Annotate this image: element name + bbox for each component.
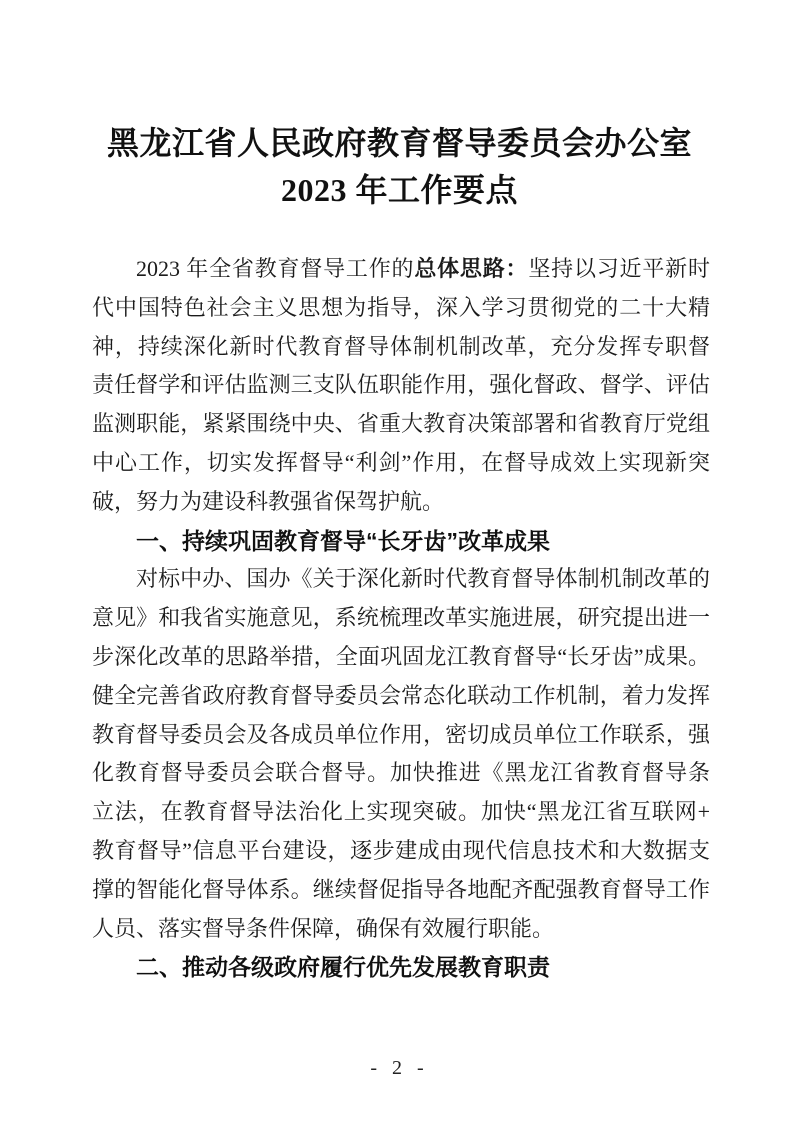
- paragraph-1-line: 责任督学和评估监测三支队伍职能作用，强化督政、督学、评估: [92, 366, 710, 405]
- document-title: 黑龙江省人民政府教育督导委员会办公室 2023 年工作要点: [60, 120, 739, 214]
- paragraph-1-line: 监测职能，紧紧围绕中央、省重大教育决策部署和省教育厅党组: [92, 405, 710, 444]
- paragraph-2-line: 健全完善省政府教育督导委员会常态化联动工作机制，着力发挥: [92, 677, 710, 716]
- paragraph-2-line: 立法，在教育督导法治化上实现突破。加快“黑龙江省互联网+: [92, 793, 710, 832]
- paragraph-1-line: 神，持续深化新时代教育督导体制机制改革，充分发挥专职督学、: [92, 328, 710, 367]
- section-heading-1: 一、持续巩固教育督导“长牙齿”改革成果: [92, 522, 710, 561]
- paragraph-1-line: 破，努力为建设科教强省保驾护航。: [92, 483, 710, 522]
- paragraph-text: 坚持以习近平新时: [528, 256, 710, 281]
- paragraph-2-line: 意见》和我省实施意见，系统梳理改革实施进展，研究提出进一: [92, 599, 710, 638]
- paragraph-2-line: 步深化改革的思路举措，全面巩固龙江教育督导“长牙齿”成果。: [92, 638, 710, 677]
- paragraph-2-line: 对标中办、国办《关于深化新时代教育督导体制机制改革的: [92, 560, 710, 599]
- paragraph-2-line: 撑的智能化督导体系。继续督促指导各地配齐配强教育督导工作: [92, 871, 710, 910]
- paragraph-2-line: 教育督导委员会及各成员单位作用，密切成员单位工作联系，强: [92, 716, 710, 755]
- title-line-1: 黑龙江省人民政府教育督导委员会办公室: [60, 120, 739, 167]
- bold-run-overall-approach: 总体思路：: [414, 256, 528, 281]
- page-number-footer: - 2 -: [0, 1057, 799, 1080]
- paragraph-2-line: 教育督导”信息平台建设，逐步建成由现代信息技术和大数据支: [92, 832, 710, 871]
- document-page: 黑龙江省人民政府教育督导委员会办公室 2023 年工作要点 2023 年全省教育…: [0, 0, 799, 1138]
- paragraph-2-line: 化教育督导委员会联合督导。加快推进《黑龙江省教育督导条例》: [92, 754, 710, 793]
- paragraph-1-line: 代中国特色社会主义思想为指导，深入学习贯彻党的二十大精: [92, 289, 710, 328]
- paragraph-1-line: 中心工作，切实发挥督导“利剑”作用，在督导成效上实现新突: [92, 444, 710, 483]
- document-body: 2023 年全省教育督导工作的总体思路：坚持以习近平新时 代中国特色社会主义思想…: [92, 250, 710, 987]
- paragraph-text: 2023 年全省教育督导工作的: [136, 256, 414, 281]
- title-line-2: 2023 年工作要点: [60, 167, 739, 214]
- paragraph-1-line: 2023 年全省教育督导工作的总体思路：坚持以习近平新时: [92, 250, 710, 289]
- paragraph-2-line: 人员、落实督导条件保障，确保有效履行职能。: [92, 910, 710, 949]
- section-heading-2: 二、推动各级政府履行优先发展教育职责: [92, 948, 710, 987]
